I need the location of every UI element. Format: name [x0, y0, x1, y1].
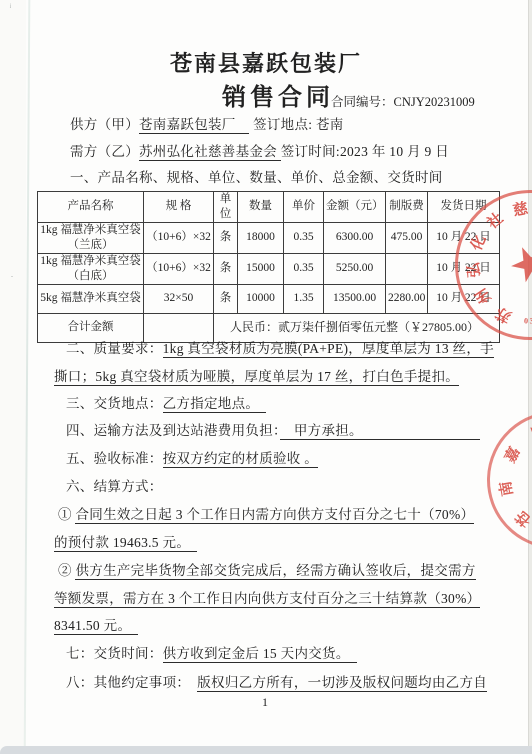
table-cell: 条: [214, 253, 238, 284]
column-header: 产品名称: [38, 192, 144, 223]
column-header: 发货日期: [428, 192, 500, 223]
table-cell: 5kg 福慧净米真空袋: [38, 284, 144, 313]
plain-text: 八：其他约定事项：: [66, 675, 197, 690]
term-line-1: 二、质量要求：1kg 真空袋材质为亮膜(PA+PE)，厚度单层为 13 丝，手: [66, 337, 494, 357]
underlined-text: 8341.50 元。: [54, 618, 138, 635]
term-line-13: 八：其他约定事项： 版权归乙方所有，一切涉及版权问题均由乙方自: [66, 671, 487, 691]
term-line-12: 七：交货时间：供方收到定金后 15 天内交货。: [66, 642, 357, 662]
scanner-bottom-band: [0, 746, 532, 754]
plain-text: 需方（乙）: [70, 144, 139, 159]
table-cell: （10+6）×32: [144, 253, 214, 284]
plain-text: 七：交货时间：: [66, 646, 163, 661]
underlined-text: 苏州弘化社慈善基金会: [139, 144, 281, 161]
seal-ring-char: 慈: [511, 197, 529, 220]
table-cell: 0.35: [284, 222, 324, 253]
table-header-row: 产品名称规 格单位数量单价金额（元）制版费发货日期: [38, 192, 500, 223]
term-line-3: 三、交货地点：乙方指定地点。: [66, 392, 266, 412]
table-cell: 18000: [238, 222, 284, 253]
table-cell: 1kg 福慧净米真空袋 （兰底）: [38, 222, 144, 253]
plain-text: 签订地点: 苍南: [249, 117, 343, 132]
factory-title: 苍南县嘉跃包装厂: [170, 47, 362, 78]
plain-text: 六、结算方式：: [66, 479, 163, 494]
plain-text: ①: [58, 507, 75, 522]
term-line-6: 六、结算方式：: [66, 475, 163, 495]
table-cell: 条: [214, 284, 238, 313]
contract-title: 销售合同: [222, 77, 334, 112]
table-cell: 1.35: [284, 284, 324, 313]
underlined-text: 甲方承担。: [280, 423, 480, 440]
table-cell: [386, 253, 428, 284]
scan-speck: .: [11, 270, 13, 279]
underlined-text: 供方收到定金后 15 天内交货。: [163, 646, 357, 663]
term-line-7: ① 合同生效之日起 3 个工作日内需方向供方支付百分之七十（70%）: [58, 503, 474, 523]
table-cell: 条: [214, 222, 238, 253]
column-header: 规 格: [144, 192, 214, 223]
underlined-text: 的预付款 19463.5 元。: [54, 535, 197, 552]
table-cell: 1kg 福慧净米真空袋 （白底）: [38, 253, 144, 284]
column-header: 金额（元）: [324, 192, 386, 223]
plain-text: 三、交货地点：: [66, 396, 163, 411]
plain-text: 五、验收标准：: [66, 451, 163, 466]
table-cell: （10+6）×32: [144, 222, 214, 253]
underlined-text: 合同生效之日起 3 个工作日内需方向供方支付百分之七十（70%）: [75, 507, 474, 524]
table-cell: 0.35: [284, 253, 324, 284]
table-cell: 10 月 22 日: [428, 253, 500, 284]
underlined-text: 1kg 真空袋材质为亮膜(PA+PE)，厚度单层为 13 丝，手: [163, 341, 494, 358]
scanned-contract-page: ʲ . 苍南县嘉跃包装厂 销售合同 合同编号：CNJY20231009 供方（甲…: [0, 0, 532, 754]
table-row: 1kg 福慧净米真空袋 （兰底）（10+6）×32条180000.356300.…: [38, 222, 500, 253]
plain-text: 四、运输方法及到达站港费用负担：: [66, 423, 280, 438]
underlined-text: 按双方约定的材质验收 。: [163, 451, 318, 468]
table-cell: 6300.00: [324, 222, 386, 253]
table-cell: 10000: [238, 284, 284, 313]
underlined-text: 等额发票，需方在 3 个工作日内向供方支付百分之三十结算款（30%）: [54, 591, 480, 608]
term-line-5: 五、验收标准：按双方约定的材质验收 。: [66, 447, 318, 467]
column-header: 单价: [284, 192, 324, 223]
supplier-line: 供方（甲）苍南嘉跃包装厂 签订地点: 苍南: [70, 113, 344, 133]
products-heading: 一、产品名称、规格、单位、数量、单价、总金额、交货时间: [70, 166, 443, 186]
underlined-text: 苍南嘉跃包装厂: [139, 117, 249, 134]
table-cell: 10 月 22 日: [428, 284, 500, 313]
plain-text: 签订时间:2023 年 10 月 9 日: [281, 144, 449, 159]
table-cell: 32×50: [144, 284, 214, 313]
term-line-9: ② 供方生产完毕货物全部交货完成后，经需方确认签收后，提交需方: [58, 559, 476, 579]
plain-text: ②: [58, 563, 75, 578]
contract-number: 合同编号：CNJY20231009: [331, 92, 475, 110]
paper-right-edge: [528, 0, 532, 754]
term-line-8: 的预付款 19463.5 元。: [54, 531, 197, 551]
plain-text: 一、产品名称、规格、单位、数量、单价、总金额、交货时间: [70, 170, 443, 185]
table-cell: 475.00: [386, 222, 428, 253]
column-header: 数量: [238, 192, 284, 223]
column-header: 单位: [214, 192, 238, 223]
term-line-11: 8341.50 元。: [54, 614, 138, 634]
seal-ring-char: 嘉: [499, 443, 525, 467]
column-header: 制版费: [386, 192, 428, 223]
term-line-10: 等额发票，需方在 3 个工作日内向供方支付百分之三十结算款（30%）: [54, 587, 480, 607]
contract-number-value: CNJY20231009: [394, 95, 475, 109]
term-line-2: 撕口；5kg 真空袋材质为哑膜，厚度单层为 17 丝，打白色手提扣。: [54, 365, 459, 385]
table-cell: 13500.00: [324, 284, 386, 313]
plain-text: 二、质量要求：: [66, 341, 163, 356]
underlined-text: 乙方指定地点。: [163, 396, 267, 413]
seal-ring-char: 南: [494, 480, 517, 498]
underlined-text: 版权归乙方所有，一切涉及版权问题均由乙方自: [197, 675, 487, 692]
table-cell: 5250.00: [324, 253, 386, 284]
table-row: 5kg 福慧净米真空袋32×50条100001.3513500.002280.0…: [38, 284, 500, 313]
table-cell: 10 月 22 日: [428, 222, 500, 253]
term-line-4: 四、运输方法及到达站港费用负担： 甲方承担。: [66, 419, 480, 439]
table-cell: 2280.00: [386, 284, 428, 313]
scan-speck: ʲ: [10, 2, 11, 11]
underlined-text: 撕口；5kg 真空袋材质为哑膜，厚度单层为 17 丝，打白色手提扣。: [54, 369, 459, 386]
page-number: 1: [262, 695, 268, 710]
scan-left-margin: [0, 0, 26, 754]
table-cell: 15000: [238, 253, 284, 284]
contract-number-label: 合同编号：: [331, 95, 394, 109]
products-table: 产品名称规 格单位数量单价金额（元）制版费发货日期1kg 福慧净米真空袋 （兰底…: [37, 191, 500, 343]
underlined-text: 供方生产完毕货物全部交货完成后，经需方确认签收后，提交需方: [75, 563, 475, 580]
table-row: 1kg 福慧净米真空袋 （白底）（10+6）×32条150000.355250.…: [38, 253, 500, 284]
buyer-line: 需方（乙）苏州弘化社慈善基金会 签订时间:2023 年 10 月 9 日: [70, 140, 449, 160]
plain-text: 供方（甲）: [70, 117, 139, 132]
